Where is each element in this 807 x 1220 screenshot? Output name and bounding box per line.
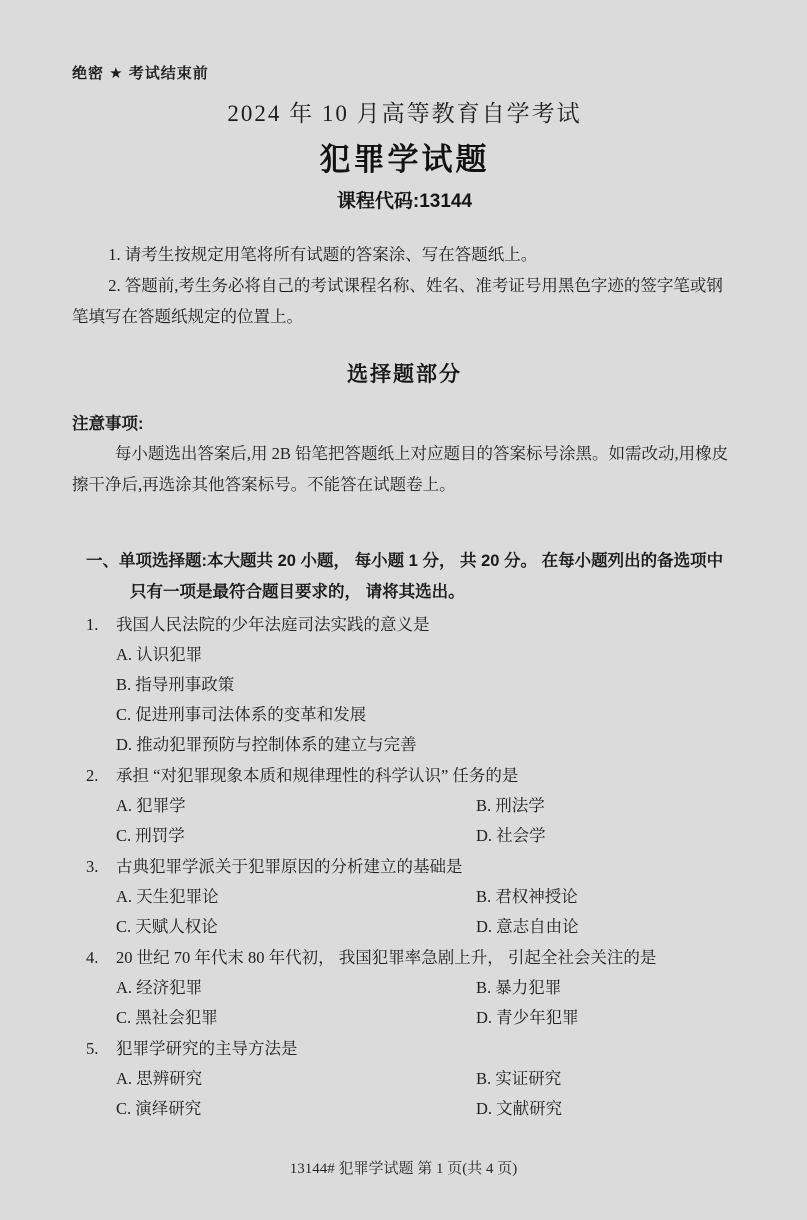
question-list: 1.我国人民法院的少年法庭司法实践的意义是 A. 认识犯罪 B. 指导刑事政策 …: [72, 610, 737, 1124]
option-d: D. 文献研究: [476, 1094, 737, 1124]
option-c: C. 刑罚学: [116, 821, 476, 851]
section-title: 选择题部分: [72, 358, 737, 388]
question-stem-text: 承担 “对犯罪现象本质和规律理性的科学认识” 任务的是: [116, 766, 518, 785]
option-d: D. 青少年犯罪: [476, 1003, 737, 1033]
question-stem-text: 我国人民法院的少年法庭司法实践的意义是: [116, 615, 430, 634]
question-options: A. 犯罪学 B. 刑法学 C. 刑罚学 D. 社会学: [86, 791, 737, 851]
question-4: 4.20 世纪 70 年代末 80 年代初， 我国犯罪率急剧上升， 引起全社会关…: [72, 943, 737, 1033]
question-number: 5.: [86, 1034, 116, 1064]
question-options: A. 认识犯罪 B. 指导刑事政策 C. 促进刑事司法体系的变革和发展 D. 推…: [86, 640, 737, 760]
option-b: B. 刑法学: [476, 791, 737, 821]
notes-heading: 注意事项:: [72, 410, 737, 434]
question-stem: 5.犯罪学研究的主导方法是: [86, 1034, 737, 1064]
question-options: A. 经济犯罪 B. 暴力犯罪 C. 黑社会犯罪 D. 青少年犯罪: [86, 973, 737, 1033]
part-one-heading: 一、单项选择题:本大题共 20 小题， 每小题 1 分， 共 20 分。 在每小…: [72, 546, 737, 608]
option-c: C. 天赋人权论: [116, 912, 476, 942]
question-options: A. 天生犯罪论 B. 君权神授论 C. 天赋人权论 D. 意志自由论: [86, 882, 737, 942]
instruction-item-2: 2. 答题前,考生务必将自己的考试课程名称、姓名、准考证号用黑色字迹的签字笔或钢…: [72, 270, 737, 332]
question-stem: 4.20 世纪 70 年代末 80 年代初， 我国犯罪率急剧上升， 引起全社会关…: [86, 943, 737, 973]
option-a: A. 犯罪学: [116, 791, 476, 821]
option-b: B. 指导刑事政策: [116, 670, 737, 700]
option-a: A. 思辨研究: [116, 1064, 476, 1094]
question-options: A. 思辨研究 B. 实证研究 C. 演绎研究 D. 文献研究: [86, 1064, 737, 1124]
question-stem: 2.承担 “对犯罪现象本质和规律理性的科学认识” 任务的是: [86, 761, 737, 791]
option-d: D. 意志自由论: [476, 912, 737, 942]
question-number: 3.: [86, 852, 116, 882]
general-instructions: 1. 请考生按规定用笔将所有试题的答案涂、写在答题纸上。 2. 答题前,考生务必…: [72, 239, 737, 332]
question-number: 1.: [86, 610, 116, 640]
question-3: 3.古典犯罪学派关于犯罪原因的分析建立的基础是 A. 天生犯罪论 B. 君权神授…: [72, 852, 737, 942]
question-5: 5.犯罪学研究的主导方法是 A. 思辨研究 B. 实证研究 C. 演绎研究 D.…: [72, 1034, 737, 1124]
option-d: D. 社会学: [476, 821, 737, 851]
question-stem-text: 古典犯罪学派关于犯罪原因的分析建立的基础是: [116, 857, 463, 876]
option-b: B. 君权神授论: [476, 882, 737, 912]
notes-body: 每小题选出答案后,用 2B 铅笔把答题纸上对应题目的答案标号涂黑。如需改动,用橡…: [72, 438, 737, 500]
classification-banner: 绝密 ★ 考试结束前: [72, 62, 737, 83]
option-b: B. 暴力犯罪: [476, 973, 737, 1003]
option-c: C. 促进刑事司法体系的变革和发展: [116, 700, 737, 730]
option-a: A. 经济犯罪: [116, 973, 476, 1003]
option-c: C. 黑社会犯罪: [116, 1003, 476, 1033]
question-stem-text: 犯罪学研究的主导方法是: [116, 1039, 298, 1058]
question-1: 1.我国人民法院的少年法庭司法实践的意义是 A. 认识犯罪 B. 指导刑事政策 …: [72, 610, 737, 760]
question-stem-text: 20 世纪 70 年代末 80 年代初， 我国犯罪率急剧上升， 引起全社会关注的…: [116, 948, 656, 967]
page-footer: 13144# 犯罪学试题 第 1 页(共 4 页): [0, 1157, 807, 1178]
question-stem: 1.我国人民法院的少年法庭司法实践的意义是: [86, 610, 737, 640]
question-number: 2.: [86, 761, 116, 791]
option-d: D. 推动犯罪预防与控制体系的建立与完善: [116, 730, 737, 760]
option-c: C. 演绎研究: [116, 1094, 476, 1124]
option-a: A. 天生犯罪论: [116, 882, 476, 912]
instruction-item-1: 1. 请考生按规定用笔将所有试题的答案涂、写在答题纸上。: [72, 239, 737, 270]
exam-paper-page: 绝密 ★ 考试结束前 2024 年 10 月高等教育自学考试 犯罪学试题 课程代…: [0, 0, 807, 1220]
question-number: 4.: [86, 943, 116, 973]
exam-session-title: 2024 年 10 月高等教育自学考试: [72, 95, 737, 128]
option-a: A. 认识犯罪: [116, 640, 737, 670]
question-2: 2.承担 “对犯罪现象本质和规律理性的科学认识” 任务的是 A. 犯罪学 B. …: [72, 761, 737, 851]
course-code: 课程代码:13144: [72, 186, 737, 213]
question-stem: 3.古典犯罪学派关于犯罪原因的分析建立的基础是: [86, 852, 737, 882]
paper-title: 犯罪学试题: [72, 134, 737, 179]
option-b: B. 实证研究: [476, 1064, 737, 1094]
